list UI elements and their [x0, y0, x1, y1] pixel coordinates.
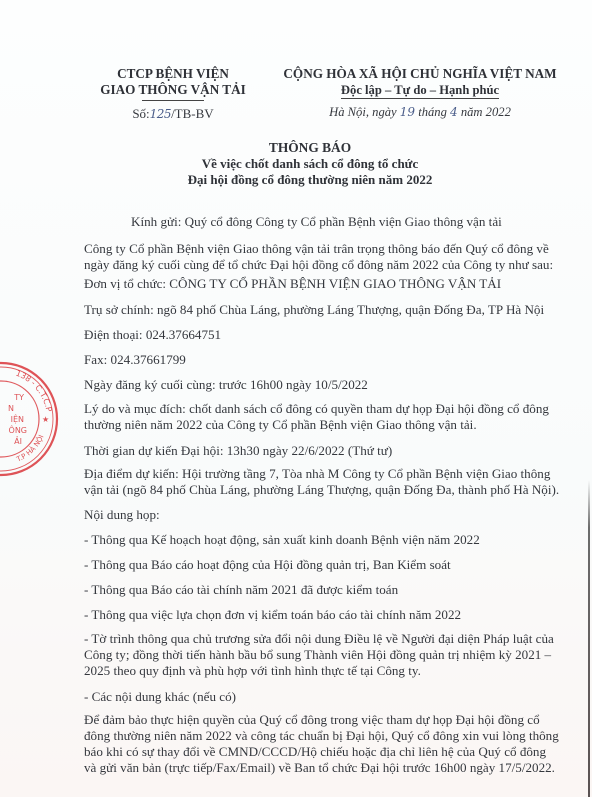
- closing-line-1: Để đảm bảo thực hiện quyền của Quý cổ đô…: [84, 712, 559, 728]
- document-number: Số:125/TB-BV: [88, 106, 258, 122]
- agenda-item: - Thông qua Kế hoạch hoạt động, sản xuất…: [84, 532, 480, 548]
- intro-line-1: Công ty Cổ phần Bệnh viện Giao thông vận…: [84, 241, 559, 257]
- issue-date-month: 4: [450, 105, 458, 119]
- venue-paragraph: Địa điểm dự kiến: Hội trường tầng 7, Tòa…: [84, 466, 559, 498]
- national-title: CỘNG HÒA XÃ HỘI CHỦ NGHĨA VIỆT NAM: [258, 66, 582, 81]
- venue-line-1: Địa điểm dự kiến: Hội trường tầng 7, Tòa…: [84, 466, 559, 482]
- agenda-charter-line-3: 2025 theo quy định và phù hợp với tình h…: [84, 663, 559, 679]
- closing-line-2: đông thường niên năm 2022 và công tác ch…: [84, 728, 559, 744]
- company-seal-icon: 138 - C.T.C.P T.P HÀ NỘI ★ TY N IỆN ÔNG …: [0, 360, 60, 478]
- notice-subtitle-line2: Đại hội đồng cổ đông thường niên năm 202…: [150, 172, 470, 188]
- svg-text:IỆN: IỆN: [11, 413, 24, 425]
- intro-line-2: ngày đăng ký cuối cùng để tổ chức Đại hộ…: [84, 257, 559, 273]
- agenda-charter-line-1: - Tờ trình thông qua chủ trương sửa đổi …: [84, 631, 559, 647]
- issuer-header: CTCP BỆNH VIỆN GIAO THÔNG VẬN TẢI Số:125…: [88, 66, 258, 122]
- page-edge-shadow: [588, 480, 590, 797]
- agenda-label: Nội dung họp:: [84, 507, 160, 523]
- svg-text:ẢI: ẢI: [14, 435, 22, 446]
- issue-date-prefix: Hà Nội, ngày: [329, 105, 400, 119]
- organizing-unit: Đơn vị tổ chức: CÔNG TY CỔ PHẦN BỆNH VIỆ…: [84, 276, 501, 292]
- issue-date: Hà Nội, ngày 19 tháng 4 năm 2022: [258, 105, 582, 120]
- fax: Fax: 024.37661799: [84, 352, 186, 368]
- svg-text:N: N: [8, 404, 14, 413]
- document-number-suffix: /TB-BV: [171, 106, 214, 121]
- agenda-item: - Thông qua việc lựa chọn đơn vị kiểm to…: [84, 607, 461, 623]
- closing-line-3: báo khi có sự thay đổi về CMND/CCCD/Hộ c…: [84, 744, 559, 760]
- closing-paragraph: Để đảm bảo thực hiện quyền của Quý cổ đô…: [84, 712, 559, 776]
- document-number-handwritten: 125: [150, 107, 171, 121]
- svg-text:138 - C.T.C.P: 138 - C.T.C.P: [15, 369, 54, 413]
- issuer-name-line2: GIAO THÔNG VẬN TẢI: [100, 82, 245, 97]
- agenda-charter-line-2: Công ty; đồng thời tiến hành bầu bổ sung…: [84, 647, 559, 663]
- notice-title: THÔNG BÁO Về việc chốt danh sách cổ đông…: [150, 140, 470, 188]
- national-header: CỘNG HÒA XÃ HỘI CHỦ NGHĨA VIỆT NAM Độc l…: [258, 66, 582, 120]
- svg-text:ÔNG: ÔNG: [9, 424, 27, 435]
- svg-text:★: ★: [42, 415, 49, 424]
- head-office: Trụ sở chính: ngõ 84 phố Chùa Láng, phườ…: [84, 302, 544, 318]
- record-date: Ngày đăng ký cuối cùng: trước 16h00 ngày…: [84, 377, 368, 393]
- agenda-item-charter: - Tờ trình thông qua chủ trương sửa đổi …: [84, 631, 559, 679]
- issue-date-mid: tháng: [415, 105, 450, 119]
- greeting: Kính gửi: Quý cổ đông Công ty Cổ phần Bệ…: [131, 214, 502, 230]
- purpose-line-1: Lý do và mục đích: chốt danh sách cổ đôn…: [84, 401, 559, 417]
- issuer-name-line1: CTCP BỆNH VIỆN: [88, 66, 258, 81]
- agenda-item: - Thông qua Báo cáo tài chính năm 2021 đ…: [84, 582, 398, 598]
- purpose-line-2: thường niên năm 2022 của Công ty Cổ phần…: [84, 417, 559, 433]
- purpose-paragraph: Lý do và mục đích: chốt danh sách cổ đôn…: [84, 401, 559, 433]
- national-motto: Độc lập – Tự do – Hạnh phúc: [341, 83, 499, 99]
- phone: Điện thoại: 024.37664751: [84, 327, 221, 343]
- closing-line-4: và gửi văn bản (trực tiếp/Fax/Email) về …: [84, 760, 559, 776]
- svg-text:TY: TY: [13, 393, 24, 402]
- document-page: CTCP BỆNH VIỆN GIAO THÔNG VẬN TẢI Số:125…: [0, 0, 592, 797]
- intro-paragraph: Công ty Cổ phần Bệnh viện Giao thông vận…: [84, 241, 559, 273]
- venue-line-2: vận tải (ngõ 84 phố Chùa Láng, phường Lá…: [84, 482, 559, 498]
- notice-heading: THÔNG BÁO: [150, 140, 470, 156]
- document-number-prefix: Số:: [132, 106, 149, 121]
- meeting-time: Thời gian dự kiến Đại hội: 13h30 ngày 22…: [84, 443, 392, 459]
- agenda-item-other: - Các nội dung khác (nếu có): [84, 689, 236, 705]
- issuer-underline: [142, 100, 204, 101]
- agenda-item: - Thông qua Báo cáo hoạt động của Hội đồ…: [84, 557, 451, 573]
- issue-date-day: 19: [400, 105, 415, 119]
- notice-subtitle-line1: Về việc chốt danh sách cổ đông tổ chức: [150, 156, 470, 172]
- issue-date-suffix: năm 2022: [458, 105, 511, 119]
